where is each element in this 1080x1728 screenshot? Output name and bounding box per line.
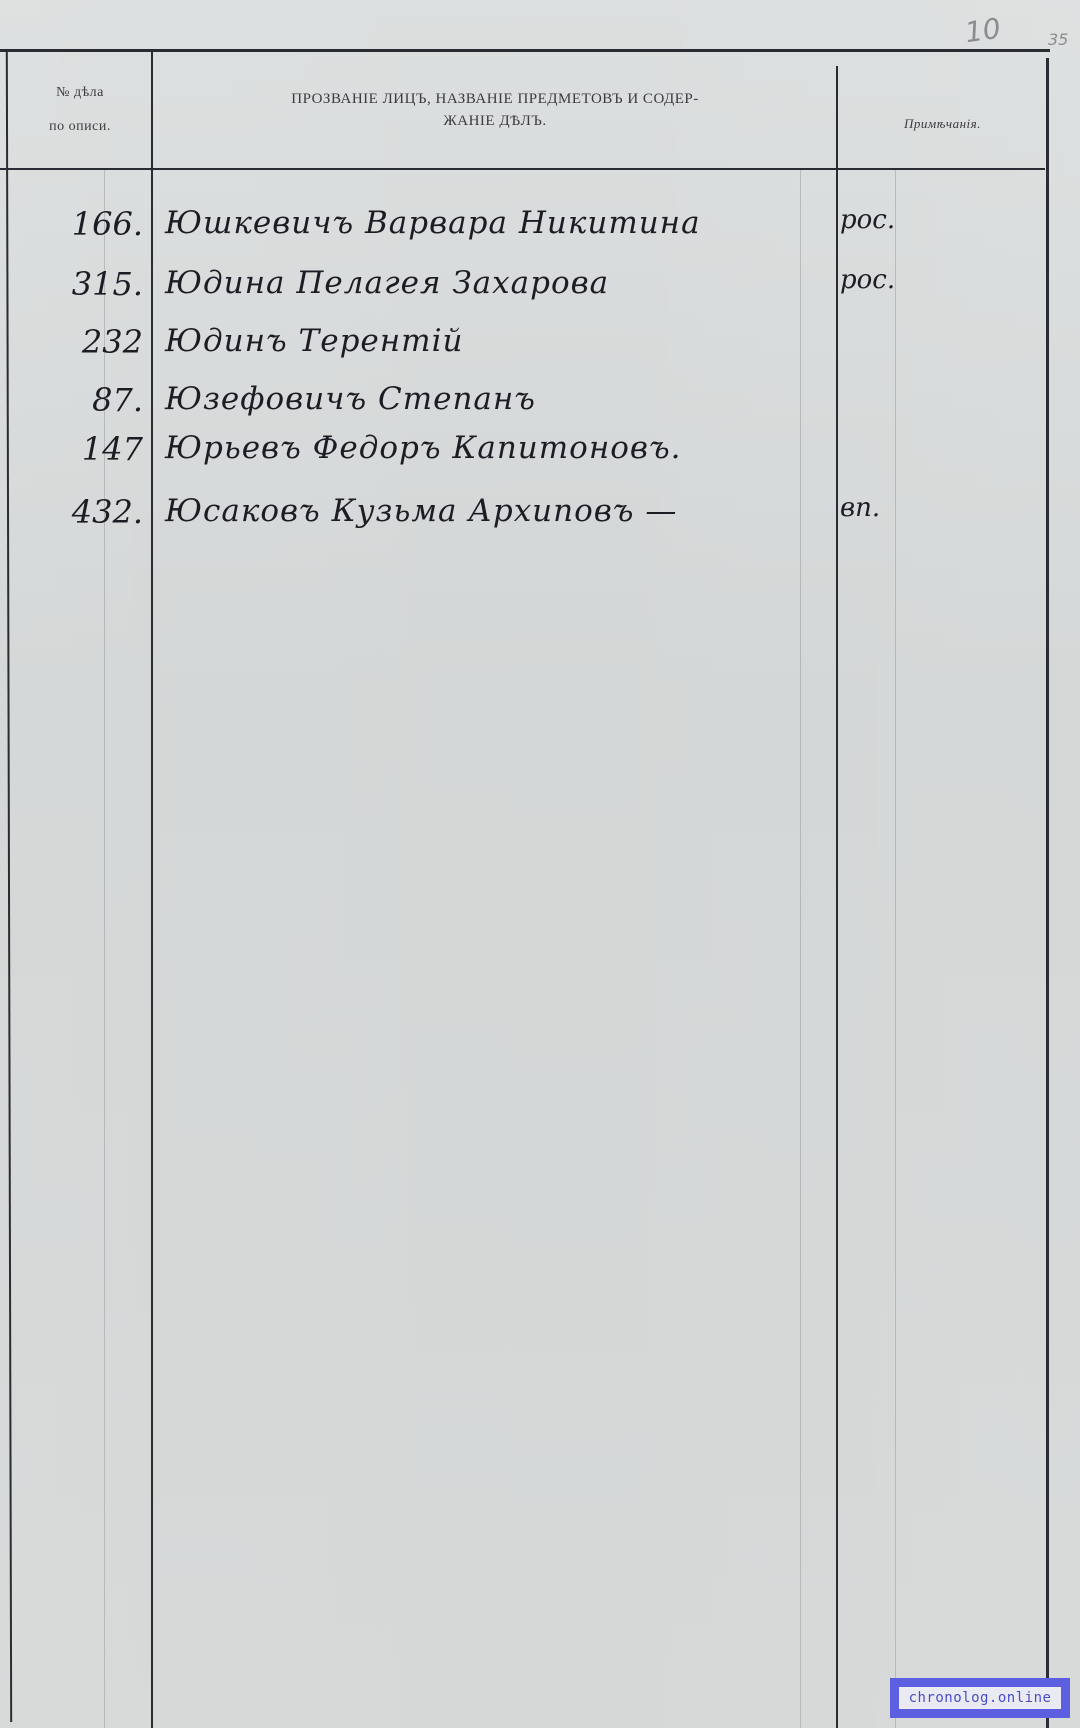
table-top-rule	[0, 49, 1050, 52]
entry-remark: рос.	[840, 265, 960, 295]
folio-secondary-number: 35	[1048, 30, 1068, 49]
header-remarks: Примѣчанія.	[840, 116, 1045, 132]
table-row: 232 Юдинъ Терентій	[0, 323, 1080, 379]
table-row: 147 Юрьевъ Федоръ Капитоновъ.	[0, 430, 1080, 486]
entry-name: Юшкевичъ Варвара Никитина	[165, 205, 845, 241]
table-row: 432. Юсаковъ Кузьма Архиповъ — вп.	[0, 493, 1080, 549]
table-row: 87. Юзефовичъ Степанъ	[0, 381, 1080, 437]
watermark-text: chronolog.online	[899, 1687, 1061, 1709]
header-content-line1: ПРОЗВАНІЕ ЛИЦЪ, НАЗВАНІЕ ПРЕДМЕТОВЪ И СО…	[155, 88, 835, 110]
case-number: 315.	[28, 265, 143, 303]
header-content-line2: ЖАНІЕ ДѢЛЪ.	[155, 110, 835, 132]
entry-name: Юзефовичъ Степанъ	[165, 381, 845, 417]
header-case-number-line2: по описи.	[10, 110, 150, 144]
case-number: 432.	[28, 493, 143, 531]
entry-name: Юдинъ Терентій	[165, 323, 845, 359]
folio-number: 10	[963, 12, 1003, 50]
case-number: 166.	[28, 205, 143, 243]
header-case-number-line1: № дѣла	[10, 76, 150, 110]
table-row: 166. Юшкевичъ Варвара Никитина рос.	[0, 205, 1080, 261]
entry-name: Юсаковъ Кузьма Архиповъ —	[165, 493, 845, 529]
entry-remark: рос.	[840, 205, 960, 235]
document-page: 10 35 № дѣла по описи. ПРОЗВАНІЕ ЛИЦЪ, Н…	[0, 0, 1080, 1728]
header-content: ПРОЗВАНІЕ ЛИЦЪ, НАЗВАНІЕ ПРЕДМЕТОВЪ И СО…	[155, 88, 835, 132]
entry-remark: вп.	[840, 493, 960, 523]
entry-name: Юрьевъ Федоръ Капитоновъ.	[165, 430, 845, 466]
case-number: 232	[28, 323, 143, 361]
case-number: 87.	[28, 381, 143, 419]
header-bottom-rule	[0, 168, 1045, 170]
table-row: 315. Юдина Пелагея Захарова рос.	[0, 265, 1080, 321]
watermark-badge: chronolog.online	[890, 1678, 1070, 1718]
entry-name: Юдина Пелагея Захарова	[165, 265, 845, 301]
header-case-number: № дѣла по описи.	[10, 76, 150, 144]
case-number: 147	[28, 430, 143, 468]
